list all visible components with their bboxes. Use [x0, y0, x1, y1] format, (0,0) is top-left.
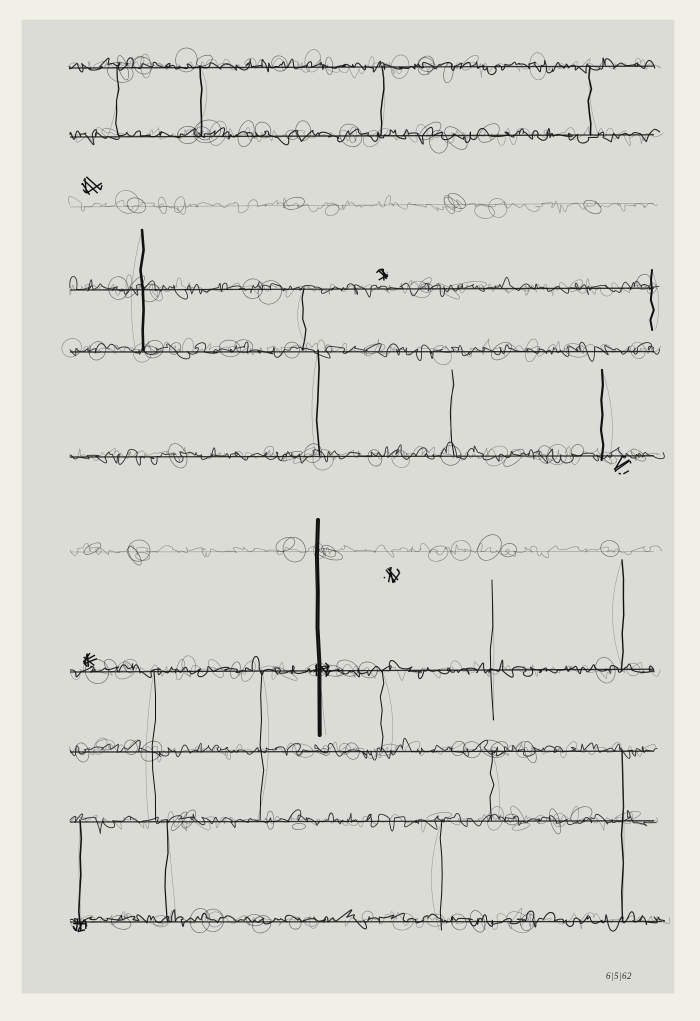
ink-blot	[82, 177, 102, 195]
ink-blot	[376, 269, 388, 281]
drift-line	[167, 820, 176, 920]
vertical-stroke	[588, 66, 591, 135]
scribble-loop	[253, 276, 286, 309]
scribble-loop	[581, 197, 603, 216]
drift-line	[652, 270, 659, 330]
scribble-loop	[324, 344, 333, 354]
vertical-stroke	[200, 66, 202, 135]
scribble-loop	[523, 338, 540, 363]
vertical-stroke	[165, 820, 168, 920]
date-inscription: 6|5|62	[606, 971, 632, 981]
vertical-stroke	[440, 820, 442, 930]
scribble-loop	[266, 811, 274, 829]
vertical-stroke	[650, 270, 653, 330]
scribble-loop	[165, 441, 190, 471]
scribble-loop	[125, 537, 153, 564]
scribble-loop	[485, 195, 510, 221]
scribble-row	[70, 442, 664, 465]
scribble-loop	[137, 737, 166, 765]
scribble-loop	[388, 447, 413, 472]
vertical-stroke	[302, 288, 306, 350]
scribble-loop	[323, 202, 341, 218]
scribble-loop	[441, 123, 471, 154]
scribble-loop	[569, 442, 586, 459]
scribble-row	[70, 275, 657, 297]
scribble-loop	[338, 742, 352, 756]
ink-drawing	[22, 20, 674, 993]
scribble-loop	[269, 53, 291, 75]
vertical-stroke	[317, 350, 320, 455]
row-baseline	[70, 751, 654, 752]
artwork-paper: 6|5|62	[22, 20, 674, 993]
ink-blot	[384, 567, 400, 583]
scribble-loop	[229, 661, 242, 680]
scribble-loop	[599, 538, 621, 558]
scribble-loop	[58, 335, 84, 361]
scribble-loop	[235, 119, 257, 149]
scribble-loop	[508, 804, 526, 825]
vertical-stroke	[116, 66, 119, 135]
scribble-row	[70, 543, 661, 557]
scribble-loop	[309, 445, 338, 474]
drift-line	[146, 670, 154, 820]
scribble-loop	[157, 196, 167, 214]
scribble-loop	[426, 543, 450, 564]
scribble-loop	[363, 342, 386, 356]
scribble-loop	[442, 62, 454, 83]
scribble-loop	[429, 342, 456, 369]
scribble-row	[70, 910, 665, 931]
scribble-loop	[478, 737, 507, 760]
ink-blot	[314, 663, 330, 677]
scribble-loop	[449, 538, 473, 562]
row-baseline	[70, 288, 654, 290]
vertical-stroke	[317, 520, 320, 735]
scribble-loop	[316, 547, 344, 563]
scribble-loop	[287, 915, 303, 931]
vertical-stroke	[380, 670, 384, 750]
vertical-stroke	[152, 670, 155, 820]
scribble-loop	[292, 823, 306, 830]
scribble-loop	[357, 659, 380, 680]
drift-line	[492, 750, 500, 820]
scribble-loop	[175, 659, 187, 681]
scribble-loop	[283, 195, 306, 211]
vertical-stroke	[621, 560, 623, 670]
drift-line	[258, 670, 269, 820]
scribble-loop	[449, 739, 468, 759]
vertical-stroke	[601, 370, 603, 460]
drift-line	[612, 560, 622, 670]
vertical-stroke	[260, 670, 264, 820]
